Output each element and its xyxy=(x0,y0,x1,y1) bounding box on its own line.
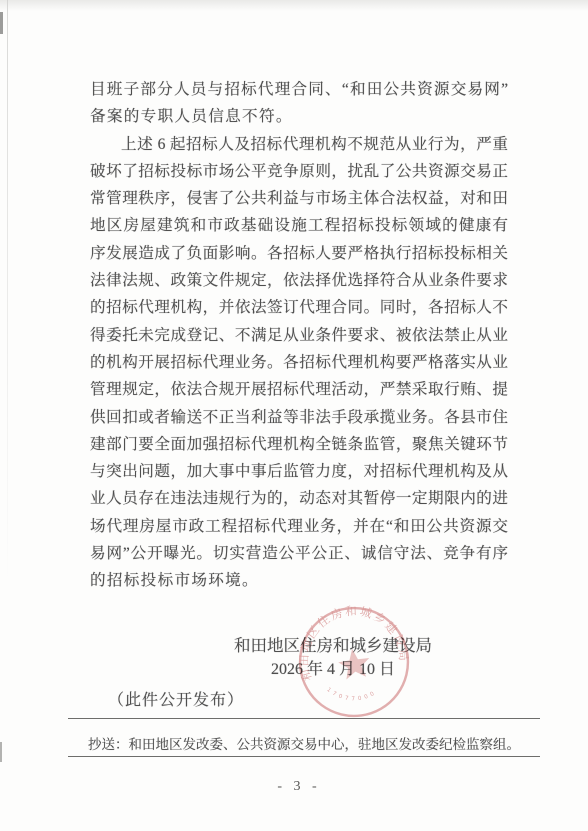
footer-divider-bottom xyxy=(68,756,540,757)
footer-divider-top xyxy=(68,718,540,719)
body-line: 与突出问题，加大事中事后监管力度，对招标代理机构及从 xyxy=(90,458,508,485)
body-line: 业人员存在违法违规行为的，动态对其暂停一定期限内的进 xyxy=(90,485,508,512)
seal-code: 17077000 xyxy=(325,680,379,706)
body-line: 的机构开展招标代理业务。各招标代理机构要严格落实从业 xyxy=(90,349,508,376)
cc-distribution-line: 抄送：和田地区发改委、公共资源交易中心，驻地区发改委纪检监察组。 xyxy=(88,736,540,753)
body-line: 管理规定，依法合规开展招标代理活动，严禁采取行贿、提 xyxy=(90,376,508,403)
body-line: 备案的专职人员信息不符。 xyxy=(90,103,508,130)
svg-text:17077000: 17077000 xyxy=(325,680,379,706)
scan-edge-shadow-left xyxy=(7,0,8,831)
public-release-note: （此件公开发布） xyxy=(108,688,244,713)
scan-artifact xyxy=(0,742,2,762)
body-line: 得委托未完成登记、不满足从业条件要求、被依法禁止从业 xyxy=(90,322,508,349)
body-line: 的招标代理机构，并依法签订代理合同。同时，各招标人不 xyxy=(90,294,508,321)
body-line: 建部门要全面加强招标代理机构全链条监管，聚焦关键环节 xyxy=(90,431,508,458)
body-line: 易网”公开曝光。切实营造公平公正、诚信守法、竞争有序 xyxy=(90,540,508,567)
body-line: 破坏了招标投标市场公平竞争原则，扰乱了公共资源交易正 xyxy=(90,158,508,185)
document-body: 目班子部分人员与招标代理合同、“和田公共资源交易网” 备案的专职人员信息不符。 … xyxy=(90,76,508,595)
body-line: 目班子部分人员与招标代理合同、“和田公共资源交易网” xyxy=(90,76,508,103)
body-line: 地区房屋建筑和市政基础设施工程招标投标领域的健康有 xyxy=(90,212,508,239)
body-line: 场代理房屋市政工程招标代理业务，并在“和田公共资源交 xyxy=(90,513,508,540)
page-number: - 3 - xyxy=(90,778,508,796)
body-line: 上述 6 起招标人及招标代理机构不规范从业行为，严重 xyxy=(90,131,508,158)
body-line: 供回扣或者输送不正当利益等非法手段承揽业务。各县市住 xyxy=(90,404,508,431)
body-line: 序发展造成了负面影响。各招标人要严格执行招标投标相关 xyxy=(90,240,508,267)
issuer-name: 和田地区住房和城乡建设局 xyxy=(233,633,433,658)
issue-date: 2026 年 4 月 10 日 xyxy=(233,657,433,682)
body-line: 的招标投标市场环境。 xyxy=(90,567,508,594)
scanned-document-page: 目班子部分人员与招标代理合同、“和田公共资源交易网” 备案的专职人员信息不符。 … xyxy=(0,0,588,831)
scan-edge-shadow-top xyxy=(0,0,588,11)
body-line: 法律法规、政策文件规定，依法择优选择符合从业条件要求 xyxy=(90,267,508,294)
scan-artifact xyxy=(0,12,3,34)
body-line: 常管理秩序，侵害了公共利益与市场主体合法权益，对和田 xyxy=(90,185,508,212)
